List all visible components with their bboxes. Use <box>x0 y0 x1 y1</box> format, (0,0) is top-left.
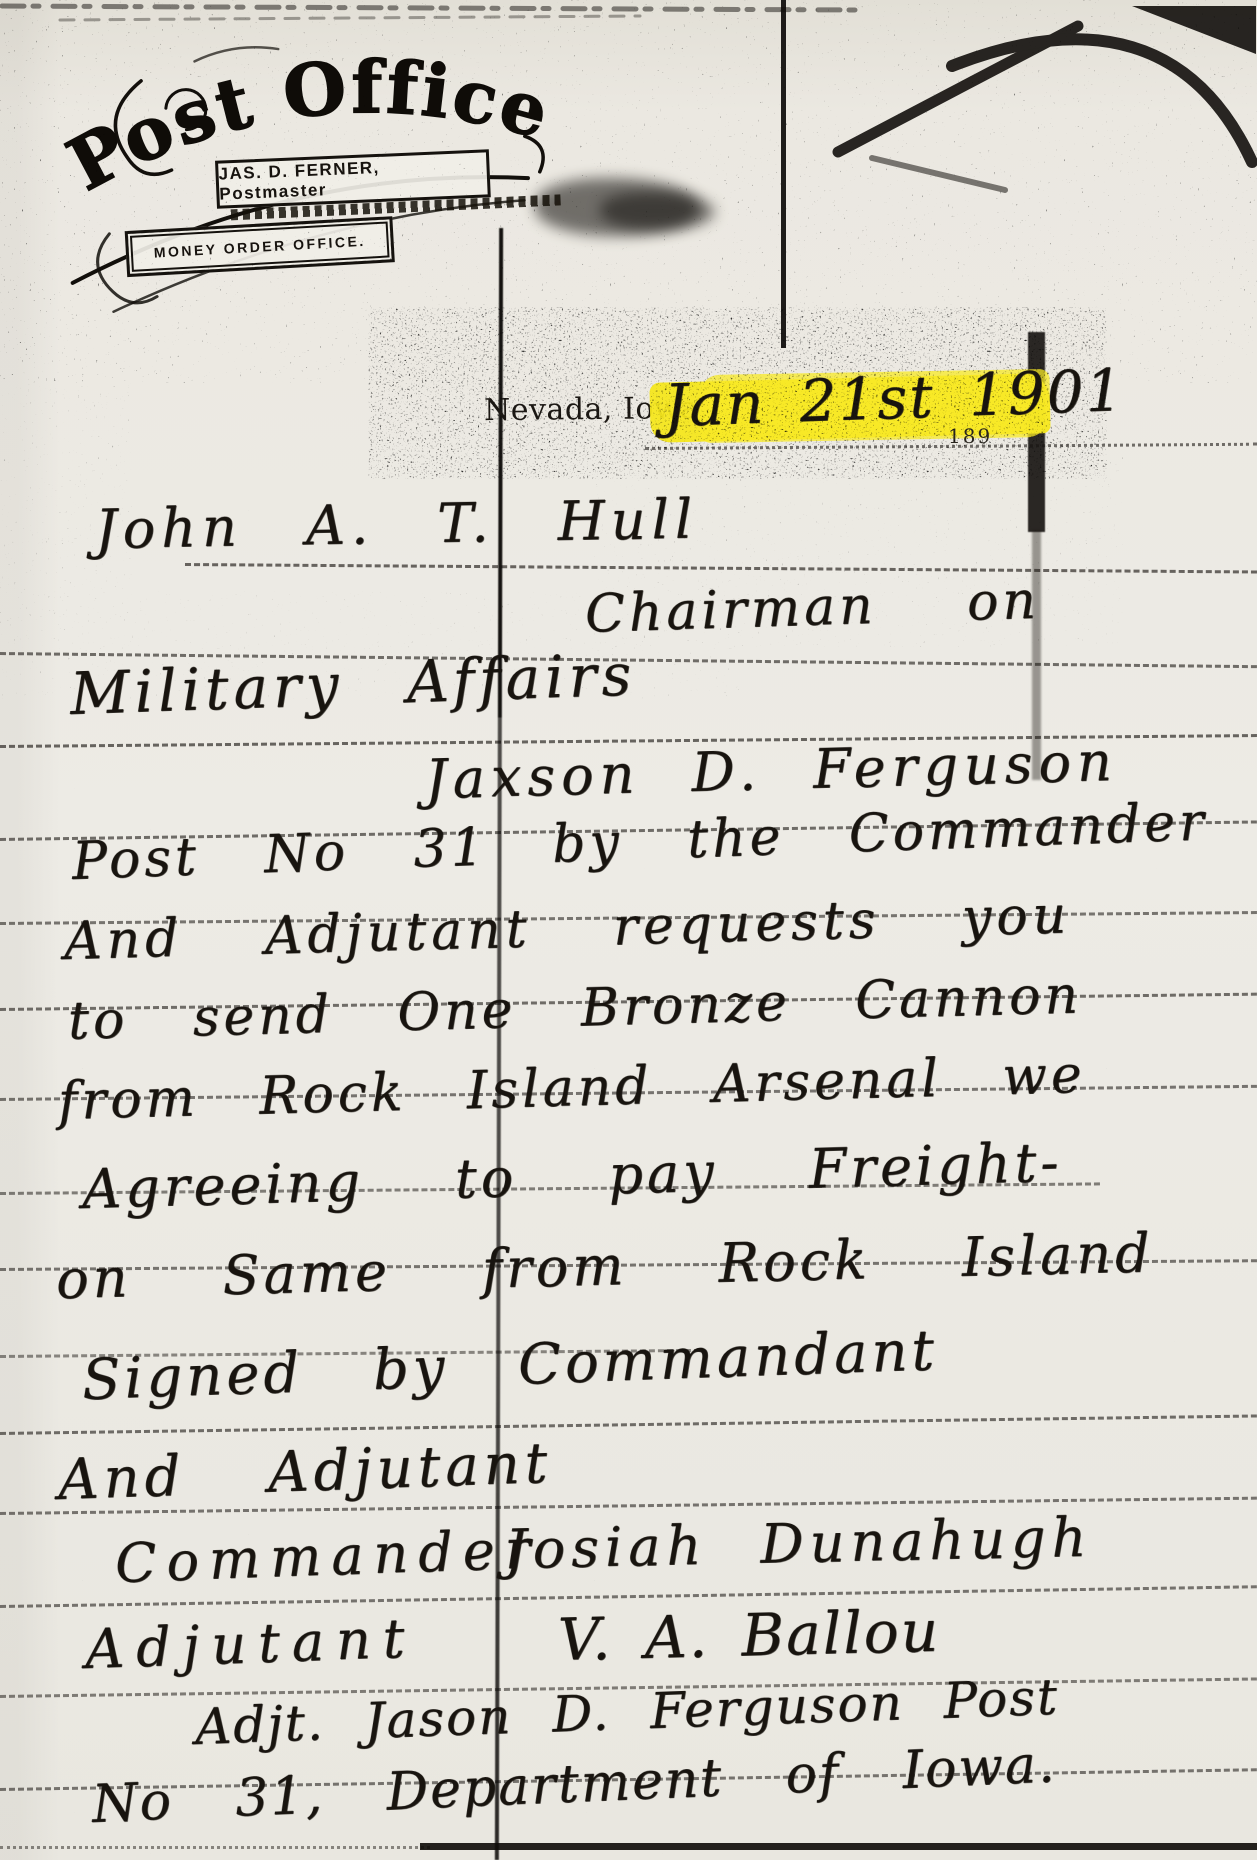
letterhead: Post Office JAS. D. FERNER, Postmaster M… <box>43 11 592 356</box>
smudge-artifact <box>600 192 715 230</box>
handwritten-line-signed: Signed by Commandant <box>81 1318 939 1413</box>
handwritten-date: Jan 21st 1901 <box>663 356 1126 440</box>
scanned-letter-page: Post Office JAS. D. FERNER, Postmaster M… <box>0 0 1257 1860</box>
scan-bottom-bar <box>420 1843 1257 1850</box>
handwritten-line: on Same from Rock Island <box>55 1221 1154 1311</box>
fold-crease-line <box>495 228 503 1860</box>
handwritten-line: And Adjutant requests you <box>63 886 1072 972</box>
printed-year-prefix: 189 <box>948 424 992 448</box>
handwritten-signature: Josiah Dunahugh <box>504 1506 1092 1581</box>
handwritten-label-commander: Commander <box>114 1517 542 1595</box>
handwritten-line: to send One Bronze Cannon <box>67 965 1082 1052</box>
handwritten-label-adjutant: Adjutant <box>84 1606 417 1681</box>
handwritten-line-recipient: John A. T. Hull <box>94 487 698 561</box>
postmaster-line: JAS. D. FERNER, Postmaster <box>218 153 487 204</box>
ruled-line <box>0 1846 430 1849</box>
handwritten-signature: V. A. Ballou <box>557 1597 941 1674</box>
ruled-line <box>0 1414 1257 1435</box>
handwritten-line: And Adjutant <box>57 1431 553 1513</box>
fold-crease-line-top <box>781 0 786 348</box>
handwritten-line: from Rock Island Arsenal we <box>57 1045 1086 1132</box>
handwritten-line: Chairman on <box>584 571 1041 645</box>
money-order-line: MONEY ORDER OFFICE. <box>153 233 366 261</box>
ruled-line <box>185 563 1257 573</box>
handwritten-line: Agreeing to pay Freight- <box>81 1131 1063 1221</box>
handwritten-line: Post No 31 by the Commander <box>71 792 1209 892</box>
